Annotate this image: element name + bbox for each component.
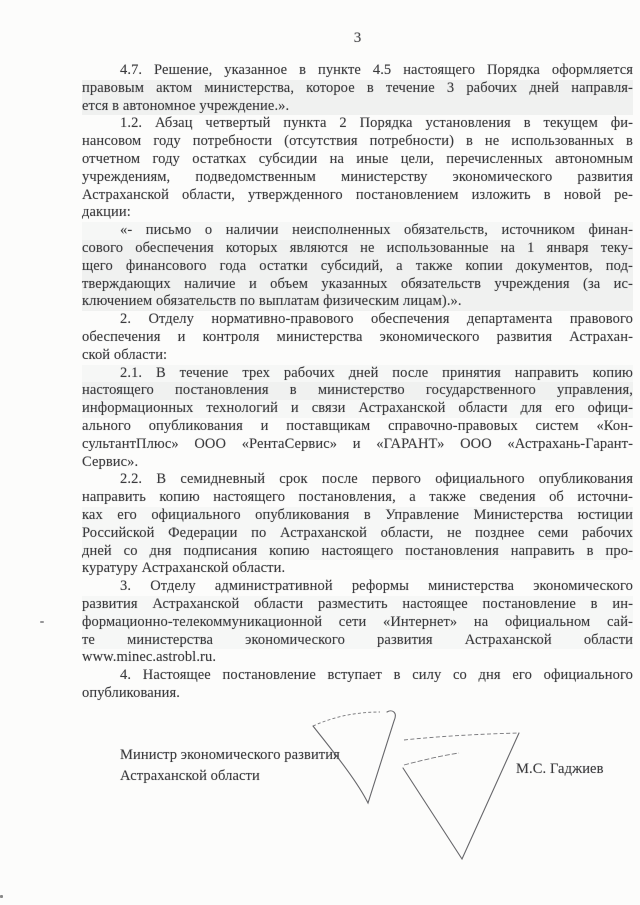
text-line: формационно-телекоммуникационной сети «И… <box>82 614 633 632</box>
text-line: нансовом году потребности (отсутствия по… <box>82 133 633 151</box>
text-line: Сервис». <box>82 454 633 472</box>
text-line: Астраханской области, утвержденного пост… <box>82 187 633 205</box>
text-line: 1.2. Абзац четвертый пункта 2 Порядка ус… <box>82 115 633 133</box>
text-line: направить копию настоящего постановления… <box>82 489 633 507</box>
text-line: развития Астраханской области разместить… <box>82 596 633 614</box>
text-line: ключением обязательств по выплатам физич… <box>82 293 633 311</box>
text-line: те министерства экономического развития … <box>82 632 633 650</box>
text-line: 4.7. Решение, указанное в пункте 4.5 нас… <box>82 62 633 80</box>
text-line: 4. Настоящее постановление вступает в си… <box>82 667 633 685</box>
text-line: тверждающих наличие и объем указанных об… <box>82 276 633 294</box>
document-body: 4.7. Решение, указанное в пункте 4.5 нас… <box>82 62 633 703</box>
text-line: ках его официального опубликования в Упр… <box>82 507 633 525</box>
text-line: ется в автономное учреждение.». <box>82 98 633 116</box>
text-line: дакции: <box>82 204 633 222</box>
signature-stroke-triangle <box>403 733 519 859</box>
text-line: опубликования. <box>82 685 633 703</box>
signature-stroke-inner-line <box>404 753 459 765</box>
scanned-document-page: 3 4.7. Решение, указанное в пункте 4.5 н… <box>0 0 640 905</box>
text-line: 2.1. В течение трех рабочих дней после п… <box>82 365 633 383</box>
text-line: правовым актом министерства, которое в т… <box>82 80 633 98</box>
signature-title: Министр экономического развития Астрахан… <box>120 745 340 786</box>
text-line: настоящего постановления в министерство … <box>82 382 633 400</box>
text-line: 2. Отделу нормативно-правового обеспечен… <box>82 311 633 329</box>
text-line: ального опубликования и поставщикам спра… <box>82 418 633 436</box>
text-line: сового обеспечения которых являются не и… <box>82 240 633 258</box>
signature-title-line2: Астраханской области <box>120 766 340 787</box>
text-line: 2.2. В семидневный срок после первого оф… <box>82 471 633 489</box>
text-line: учреждениям, подведомственным министерст… <box>82 169 633 187</box>
text-line: щего финансового года остатки субсидий, … <box>82 258 633 276</box>
text-line: «- письмо о наличии неисполненных обязат… <box>82 222 633 240</box>
scan-speck <box>40 621 44 623</box>
signature-title-line1: Министр экономического развития <box>120 745 340 766</box>
text-line: обеспечения и контроля министерства экон… <box>82 329 633 347</box>
signature-stroke-top-edge <box>404 733 519 740</box>
scan-speck <box>0 895 3 898</box>
text-line: ской области: <box>82 347 633 365</box>
text-line: сультантПлюс» ООО «РентаСервис» и «ГАРАН… <box>82 436 633 454</box>
page-number: 3 <box>82 30 633 47</box>
text-line: www.minec.astrobl.ru. <box>82 649 633 667</box>
signature-stroke-entry <box>313 712 380 726</box>
text-line: дней со дня подписания копию настоящего … <box>82 543 633 561</box>
text-line: 3. Отделу административной реформы минис… <box>82 578 633 596</box>
text-line: Российской Федерации по Астраханской обл… <box>82 525 633 543</box>
signatory-name: М.С. Гаджиев <box>516 761 604 778</box>
text-line: отчетном году остатках субсидии на иные … <box>82 151 633 169</box>
text-line: информационных технологий и связи Астрах… <box>82 400 633 418</box>
text-line: куратуру Астраханской области. <box>82 560 633 578</box>
